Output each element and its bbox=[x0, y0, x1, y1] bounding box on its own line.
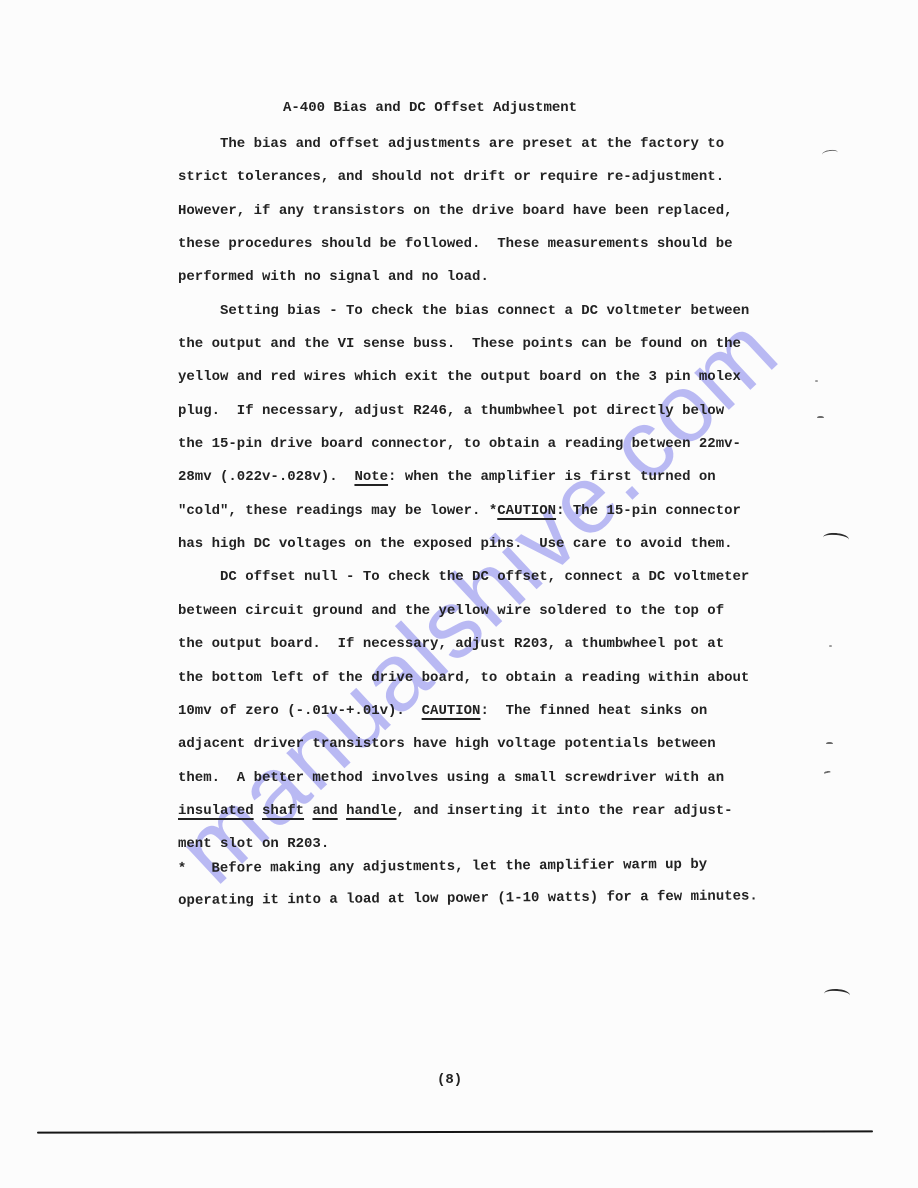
text-run bbox=[254, 803, 262, 819]
underlined-text: CAUTION bbox=[497, 503, 556, 519]
scan-artifact bbox=[824, 988, 851, 1001]
text-run: : when the amplifier is first turned on bbox=[388, 469, 716, 485]
underlined-text: CAUTION bbox=[422, 703, 481, 719]
text-run: plug. If necessary, adjust R246, a thumb… bbox=[178, 403, 724, 419]
text-run: ment slot on R203. bbox=[178, 836, 329, 852]
page-number: (8) bbox=[437, 1072, 462, 1088]
text-run: operating it into a load at low power (1… bbox=[178, 888, 758, 909]
text-line: insulated shaft and handle, and insertin… bbox=[178, 795, 749, 828]
underlined-text: handle bbox=[346, 803, 396, 819]
scan-artifact bbox=[817, 416, 824, 421]
text-run: 28mv (.022v-.028v). bbox=[178, 469, 354, 485]
text-line: the output and the VI sense buss. These … bbox=[178, 328, 749, 361]
scan-artifact bbox=[824, 770, 832, 776]
text-line: plug. If necessary, adjust R246, a thumb… bbox=[178, 395, 749, 428]
text-run: strict tolerances, and should not drift … bbox=[178, 169, 724, 185]
text-line: yellow and red wires which exit the outp… bbox=[178, 361, 749, 394]
underlined-text: shaft bbox=[262, 803, 304, 819]
text-run: the bottom left of the drive board, to o… bbox=[178, 670, 749, 686]
text-run: the output board. If necessary, adjust R… bbox=[178, 636, 724, 652]
text-line: strict tolerances, and should not drift … bbox=[178, 161, 749, 194]
underlined-text: Note bbox=[354, 469, 388, 485]
text-line: 10mv of zero (-.01v-+.01v). CAUTION: The… bbox=[178, 695, 749, 728]
text-run: "cold", these readings may be lower. * bbox=[178, 503, 497, 519]
text-line: "cold", these readings may be lower. *CA… bbox=[178, 495, 749, 528]
footnote: * Before making any adjustments, let the… bbox=[178, 849, 758, 917]
text-run: these procedures should be followed. The… bbox=[178, 236, 733, 252]
text-line: performed with no signal and no load. bbox=[178, 261, 749, 294]
text-line: The bias and offset adjustments are pres… bbox=[178, 128, 749, 161]
text-line: However, if any transistors on the drive… bbox=[178, 195, 749, 228]
text-run: DC offset null - To check the DC offset,… bbox=[178, 569, 749, 585]
text-line: 28mv (.022v-.028v). Note: when the ampli… bbox=[178, 461, 749, 494]
text-line: these procedures should be followed. The… bbox=[178, 228, 749, 261]
underlined-text: insulated bbox=[178, 803, 254, 819]
scan-artifact bbox=[822, 149, 839, 158]
body-text: The bias and offset adjustments are pres… bbox=[178, 128, 749, 862]
text-run: : The finned heat sinks on bbox=[480, 703, 707, 719]
text-run: has high DC voltages on the exposed pins… bbox=[178, 536, 733, 552]
bottom-scan-line bbox=[37, 1130, 873, 1133]
text-line: Setting bias - To check the bias connect… bbox=[178, 295, 749, 328]
text-run: yellow and red wires which exit the outp… bbox=[178, 369, 741, 385]
text-run: Setting bias - To check the bias connect… bbox=[178, 303, 749, 319]
text-line: the bottom left of the drive board, to o… bbox=[178, 662, 749, 695]
text-line: adjacent driver transistors have high vo… bbox=[178, 728, 749, 761]
text-line: them. A better method involves using a s… bbox=[178, 762, 749, 795]
text-run: them. A better method involves using a s… bbox=[178, 770, 724, 786]
text-run: adjacent driver transistors have high vo… bbox=[178, 736, 716, 752]
page-title: A-400 Bias and DC Offset Adjustment bbox=[283, 100, 577, 116]
document-page: manualshive.com A-400 Bias and DC Offset… bbox=[0, 0, 918, 1188]
scan-artifact bbox=[826, 742, 833, 747]
text-line: DC offset null - To check the DC offset,… bbox=[178, 561, 749, 594]
text-line: * Before making any adjustments, let the… bbox=[178, 849, 758, 885]
scan-artifact bbox=[815, 380, 818, 382]
text-run: However, if any transistors on the drive… bbox=[178, 203, 733, 219]
text-run: the output and the VI sense buss. These … bbox=[178, 336, 741, 352]
scan-artifact bbox=[829, 645, 832, 647]
text-run: performed with no signal and no load. bbox=[178, 269, 489, 285]
scan-artifact bbox=[823, 532, 850, 545]
text-line: has high DC voltages on the exposed pins… bbox=[178, 528, 749, 561]
text-run bbox=[338, 803, 346, 819]
text-run: between circuit ground and the yellow wi… bbox=[178, 603, 724, 619]
text-line: the output board. If necessary, adjust R… bbox=[178, 628, 749, 661]
text-line: the 15-pin drive board connector, to obt… bbox=[178, 428, 749, 461]
text-run: 10mv of zero (-.01v-+.01v). bbox=[178, 703, 422, 719]
underlined-text: and bbox=[312, 803, 337, 819]
text-run: , and inserting it into the rear adjust- bbox=[397, 803, 733, 819]
text-run: the 15-pin drive board connector, to obt… bbox=[178, 436, 741, 452]
text-run: * Before making any adjustments, let the… bbox=[178, 857, 707, 877]
text-line: operating it into a load at low power (1… bbox=[178, 881, 758, 917]
text-line: between circuit ground and the yellow wi… bbox=[178, 595, 749, 628]
text-run: : The 15-pin connector bbox=[556, 503, 741, 519]
text-run: The bias and offset adjustments are pres… bbox=[178, 136, 724, 152]
